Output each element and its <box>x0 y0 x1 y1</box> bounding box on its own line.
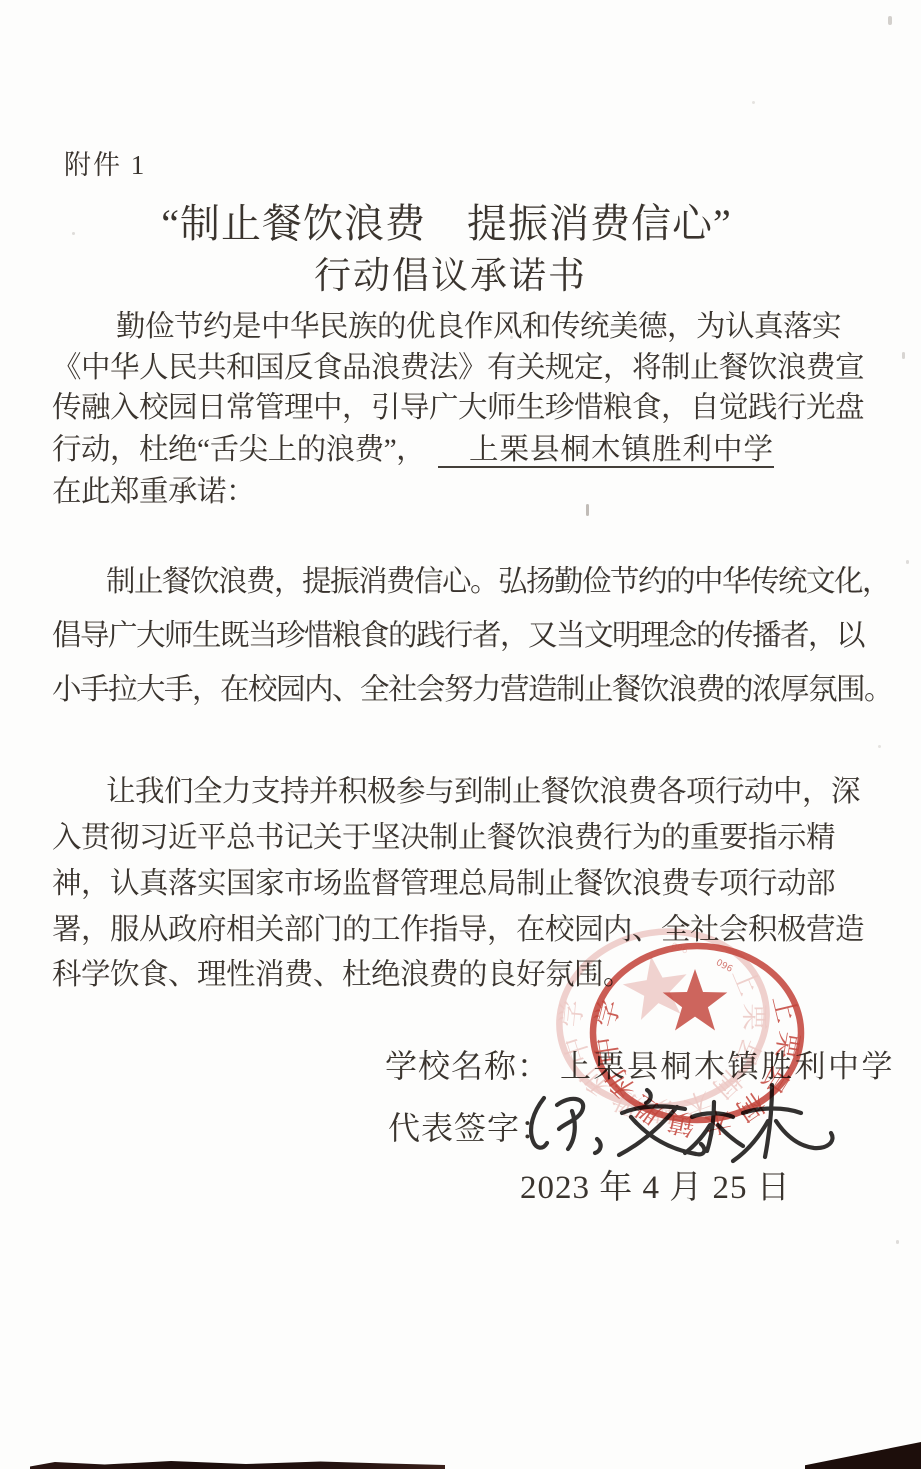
paragraph1-line3: 传融入校园日常管理中，引导广大师生珍惜粮食，自觉践行光盘 <box>52 392 864 426</box>
paragraph1-line2: 《中华人民共和国反食品浪费法》有关规定，将制止餐饮浪费宣 <box>52 352 864 386</box>
school-name-label: 学校名称： <box>385 1048 550 1084</box>
school-name-underlined: 上栗县桐木镇胜利中学 <box>438 434 774 468</box>
document-title-line1: “制止餐饮浪费 提振消费信心” <box>0 201 907 247</box>
paragraph1-line4-prefix: 行动，杜绝“舌尖上的浪费”， <box>52 434 410 466</box>
paragraph3-line2: 入贯彻习近平总书记关于坚决制止餐饮浪费行为的重要指示精 <box>52 822 835 856</box>
signature-strokes <box>531 1085 832 1161</box>
scan-speck <box>510 336 513 339</box>
scan-speck <box>878 745 881 748</box>
scan-speck <box>888 16 892 25</box>
school-name-value: 上栗县桐木镇胜利中学 <box>560 1049 895 1084</box>
scanned-document-page: 附件 1 “制止餐饮浪费 提振消费信心” 行动倡议承诺书 勤俭节约是中华民族的优… <box>0 0 921 1469</box>
handwritten-signature <box>500 1078 860 1178</box>
paragraph1-line5: 在此郑重承诺： <box>52 476 255 510</box>
school-name-line: 学校名称：上栗县桐木镇胜利中学 <box>385 1048 895 1085</box>
scan-speck <box>896 1240 899 1244</box>
scan-speck <box>468 212 472 215</box>
seal-code-digits: 096 <box>714 958 734 975</box>
scan-speck <box>586 504 589 516</box>
paragraph2-line1: 制止餐饮浪费，提振消费信心。弘扬勤俭节约的中华传统文化， <box>106 566 890 600</box>
seal-ghost-impression <box>545 918 786 1142</box>
official-red-seal: 上栗县桐木镇胜利中学 096 <box>545 918 835 1148</box>
scan-edge-artifact-corner <box>805 1442 921 1469</box>
representative-signature-label: 代表签字： <box>388 1110 553 1147</box>
date-line: 2023 年 4 月 25 日 <box>520 1170 791 1208</box>
attachment-label: 附件 1 <box>64 150 146 181</box>
scan-speck <box>752 101 755 104</box>
document-title-line2: 行动倡议承诺书 <box>0 256 911 299</box>
paragraph3-line5: 科学饮食、理性消费、杜绝浪费的良好氛围。 <box>52 959 632 993</box>
paragraph2-line2: 倡导广大师生既当珍惜粮食的践行者，又当文明理念的传播者，以 <box>52 620 864 654</box>
scan-speck <box>906 560 909 564</box>
scan-speck <box>902 352 905 359</box>
paragraph3-line3: 神，认真落实国家市场监督管理总局制止餐饮浪费专项行动部 <box>52 868 835 902</box>
scan-speck <box>72 232 75 235</box>
scan-edge-artifact-bottom <box>30 1459 445 1469</box>
paragraph3-line4: 署，服从政府相关部门的工作指导，在校园内、全社会积极营造 <box>52 914 864 948</box>
paragraph2-line3: 小手拉大手，在校园内、全社会努力营造制止餐饮浪费的浓厚氛围。 <box>52 674 892 708</box>
paragraph3-line1: 让我们全力支持并积极参与到制止餐饮浪费各项行动中，深 <box>106 776 860 810</box>
star-icon <box>663 969 728 1031</box>
paragraph1-line4: 行动，杜绝“舌尖上的浪费”， 上栗县桐木镇胜利中学 <box>52 434 774 468</box>
paragraph1-line1: 勤俭节约是中华民族的优良作风和传统美德，为认真落实 <box>116 311 841 345</box>
